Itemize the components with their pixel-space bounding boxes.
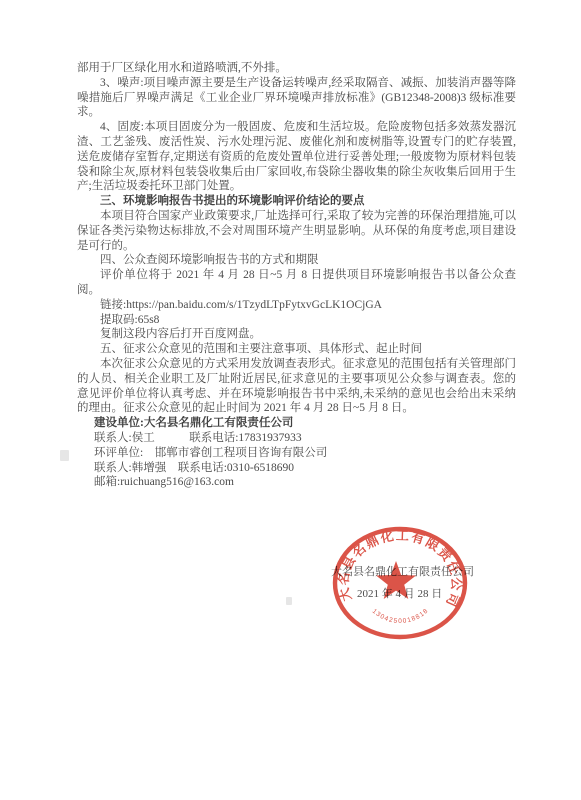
paragraph: 4、固废:本项目固废分为一般固废、危废和生活垃圾。危险废物包括多效蒸发器沉渣、工… <box>77 120 516 194</box>
seal-number: 1304250018818 <box>371 607 430 625</box>
extraction-code: 提取码:65s8 <box>77 313 516 328</box>
contact-line: 建设单位:大名县名鼎化工有限责任公司 <box>94 416 516 431</box>
section-heading: 四、公众查阅环境影响报告书的方式和期限 <box>77 253 516 268</box>
link-text: 链接:https://pan.baidu.com/s/1TzydLTpFytxv… <box>77 298 516 313</box>
paragraph: 本次征求公众意见的方式采用发放调查表形式。征求意见的范围包括有关管理部门的人员、… <box>77 357 516 416</box>
contact-line: 联系人:侯工 联系电话:17831937933 <box>94 431 516 446</box>
seal-ring-text: 大名县名鼎化工有限责任公司 <box>336 528 465 609</box>
paragraph: 部用于厂区绿化用水和道路喷洒,不外排。 <box>77 61 516 76</box>
section-heading: 五、征求公众意见的范围和主要注意事项、具体形式、起止时间 <box>77 342 516 357</box>
body-text: 部用于厂区绿化用水和道路喷洒,不外排。 3、噪声:项目噪声源主要是生产设备运转噪… <box>77 61 516 490</box>
paragraph: 本项目符合国家产业政策要求,厂址选择可行,采取了较为完善的环保治理措施,可以保证… <box>77 209 516 253</box>
scan-artifact <box>286 597 292 605</box>
paragraph: 评价单位将于 2021 年 4 月 28 日~5 月 8 日提供项目环境影响报告… <box>77 268 516 298</box>
paragraph: 复制这段内容后打开百度网盘。 <box>77 327 516 342</box>
paragraph: 3、噪声:项目噪声源主要是生产设备运转噪声,经采取隔音、减振、加装消声器等降噪措… <box>77 76 516 120</box>
contact-line: 联系人:韩增强 联系电话:0310-6518690 <box>94 461 516 476</box>
contact-block: 建设单位:大名县名鼎化工有限责任公司 联系人:侯工 联系电话:178319379… <box>94 416 516 490</box>
section-heading: 三、环境影响报告书提出的环境影响评价结论的要点 <box>77 194 516 209</box>
scan-artifact <box>60 450 69 461</box>
seal-star-icon <box>376 561 416 599</box>
official-seal: 大名县名鼎化工有限责任公司 1304250018818 <box>328 512 476 660</box>
contact-line: 邮箱:ruichuang516@163.com <box>94 475 516 490</box>
contact-line: 环评单位: 邯郸市睿创工程项目咨询有限公司 <box>94 446 516 461</box>
